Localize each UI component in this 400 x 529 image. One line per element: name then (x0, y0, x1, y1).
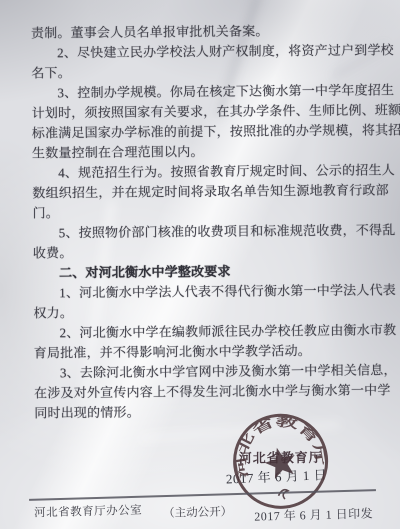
body-line: 在涉及对外宣传内容上不得发生河北衡水中学与衡水第一中学 (34, 380, 382, 403)
seal-star-icon (262, 444, 299, 480)
body-line: 2、河北衡水中学在编教师派往民办学校任教应由衡水市教 (34, 320, 382, 343)
footer-disclosure: （主动公开） (163, 503, 232, 521)
footer-issue-date: 2017 年 6 月 1 日印发 (254, 504, 373, 524)
body-line: 5、按照物价部门核准的收费项目和标准规范收费，不得乱 (33, 220, 381, 243)
body-line: 标准满足国家办学标准的前提下，按照批准的办学规模，将其招 (32, 120, 380, 143)
body-line: 2、尽快建立民办学校法人财产权制度，将资产过户到学校 (31, 40, 379, 63)
document-page: 责制。董事会人员名单报审批机关备案。 2、尽快建立民办学校法人财产权制度，将资产… (0, 0, 400, 529)
document-content: 责制。董事会人员名单报审批机关备案。 2、尽快建立民办学校法人财产权制度，将资产… (0, 0, 400, 529)
body-line: 同时出现的情形。 (34, 400, 382, 423)
official-seal-icon: 河北省教育厅 (223, 406, 338, 519)
body-line: 1、河北衡水中学法人代表不得代行衡水第一中学法人代表 (33, 280, 381, 303)
document-body: 责制。董事会人员名单报审批机关备案。 2、尽快建立民办学校法人财产权制度，将资产… (31, 20, 382, 423)
body-line: 数组织招生，并在规定时间将录取名单告知生源地教育行政部 (32, 180, 380, 203)
footer-office: 河北省教育厅办公室 (34, 502, 142, 521)
